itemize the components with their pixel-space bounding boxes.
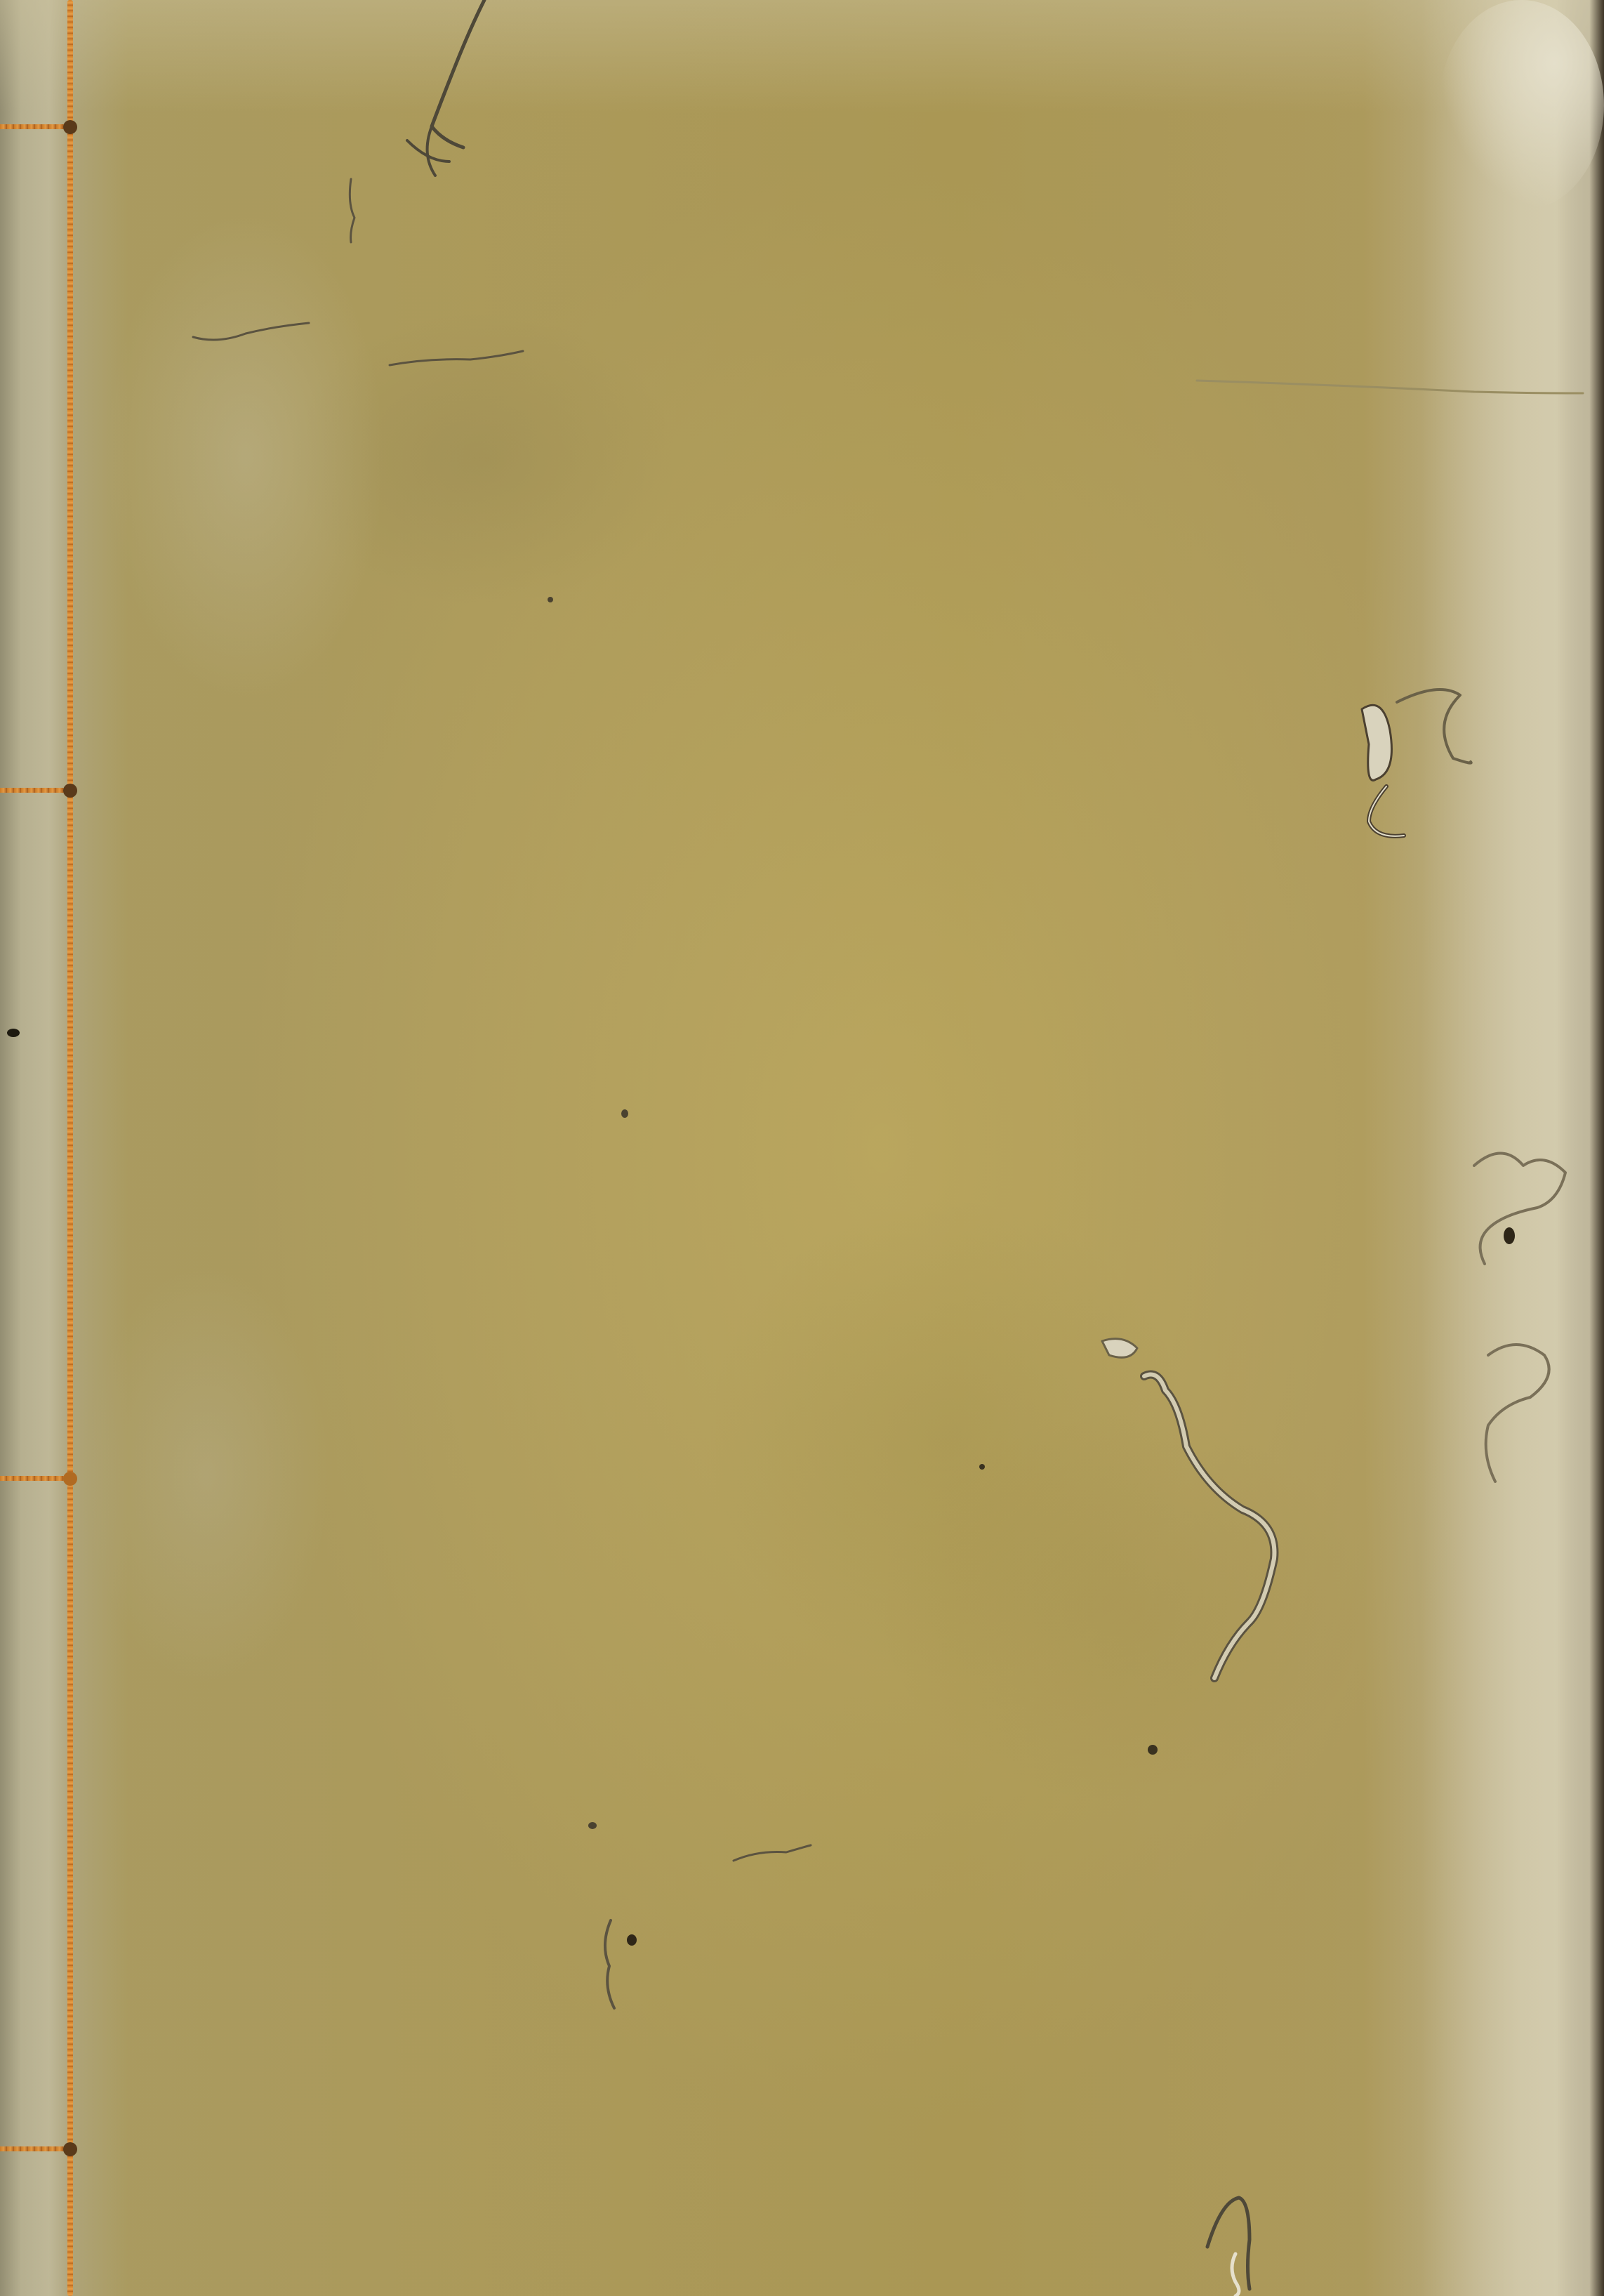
wormhole-damage-top [365, 0, 505, 183]
wormhole-damage-bottom [1193, 2184, 1278, 2296]
crack-mark [386, 344, 526, 372]
binding-hole [63, 2142, 77, 2156]
wormhole-damage-center [1088, 1327, 1299, 1692]
stain [105, 211, 386, 702]
crack-line-right [1193, 372, 1586, 414]
speck [627, 1934, 637, 1946]
stain [1439, 0, 1604, 211]
binding-hole [63, 1472, 77, 1486]
speck [621, 1109, 628, 1118]
speck [7, 1029, 20, 1037]
spine-strip [0, 0, 70, 2296]
top-edge-fade [0, 0, 1604, 112]
speck [548, 597, 553, 602]
crack-mark [730, 1840, 814, 1868]
crack-mark [337, 176, 365, 246]
wormhole-damage-right-edge [1460, 1144, 1600, 1496]
crack-mark [190, 309, 316, 351]
binding-stitch [0, 788, 73, 793]
speck [979, 1464, 985, 1470]
stain [84, 1264, 330, 1685]
book-cover [0, 0, 1604, 2296]
binding-stitch [0, 124, 73, 129]
binding-hole [63, 784, 77, 798]
wormhole-damage-right [1348, 667, 1488, 850]
wormhole-damage-bottom-left [590, 1917, 632, 2015]
speck [1148, 1745, 1158, 1755]
binding-hole [63, 120, 77, 134]
binding-stitch [0, 2146, 73, 2151]
binding-stitch [0, 1476, 73, 1481]
binding-thread [67, 0, 73, 2296]
speck [588, 1822, 597, 1829]
